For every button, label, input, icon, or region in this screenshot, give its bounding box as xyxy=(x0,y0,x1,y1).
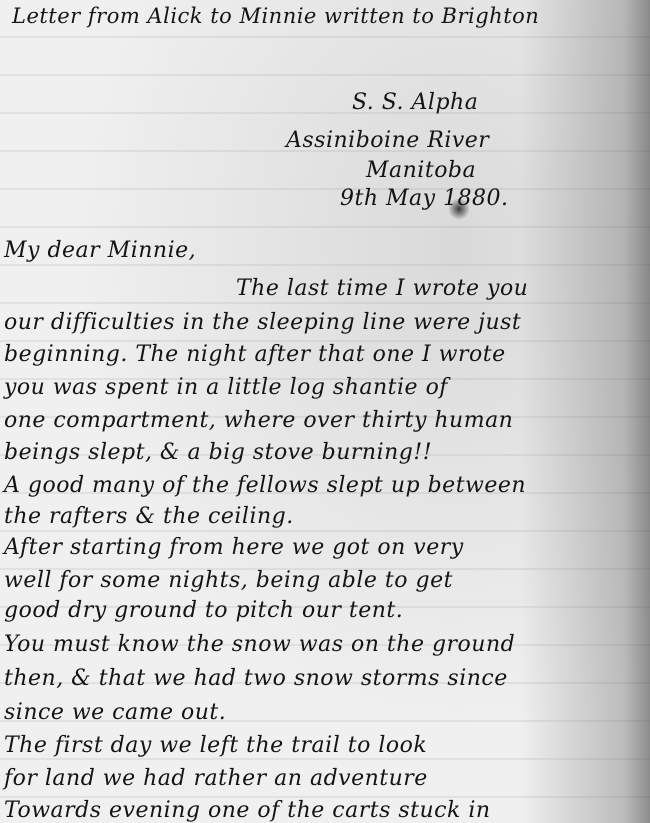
letter-line: you was spent in a little log shantie of xyxy=(4,377,448,399)
letter-line: then, & that we had two snow storms sinc… xyxy=(4,668,508,690)
letter-line: the rafters & the ceiling. xyxy=(4,506,294,528)
ink-smudge xyxy=(448,198,470,220)
letter-line: well for some nights, being able to get xyxy=(4,570,453,592)
letter-line: our difficulties in the sleeping line we… xyxy=(4,312,521,334)
letter-line: since we came out. xyxy=(4,702,226,724)
letter-line: beings slept, & a big stove burning!! xyxy=(4,442,432,464)
address-province: Manitoba xyxy=(366,160,476,182)
letter-line: good dry ground to pitch our tent. xyxy=(4,600,403,622)
letter-line: one compartment, where over thirty human xyxy=(4,410,513,432)
scanned-letter-page: Letter from Alick to Minnie written to B… xyxy=(0,0,650,823)
salutation: My dear Minnie, xyxy=(4,240,196,262)
address-ship: S. S. Alpha xyxy=(352,92,478,114)
letter-line: A good many of the fellows slept up betw… xyxy=(4,475,526,497)
letter-line: You must know the snow was on the ground xyxy=(4,634,515,656)
letter-line: beginning. The night after that one I wr… xyxy=(4,344,506,366)
header-note: Letter from Alick to Minnie written to B… xyxy=(12,6,539,27)
letter-line: The last time I wrote you xyxy=(236,278,528,300)
letter-line: Towards evening one of the carts stuck i… xyxy=(4,800,491,822)
address-river: Assiniboine River xyxy=(286,130,489,152)
letter-line: for land we had rather an adventure xyxy=(4,768,428,790)
letter-date: 9th May 1880. xyxy=(340,188,509,210)
letter-line: After starting from here we got on very xyxy=(4,537,464,559)
letter-line: The first day we left the trail to look xyxy=(4,735,427,757)
